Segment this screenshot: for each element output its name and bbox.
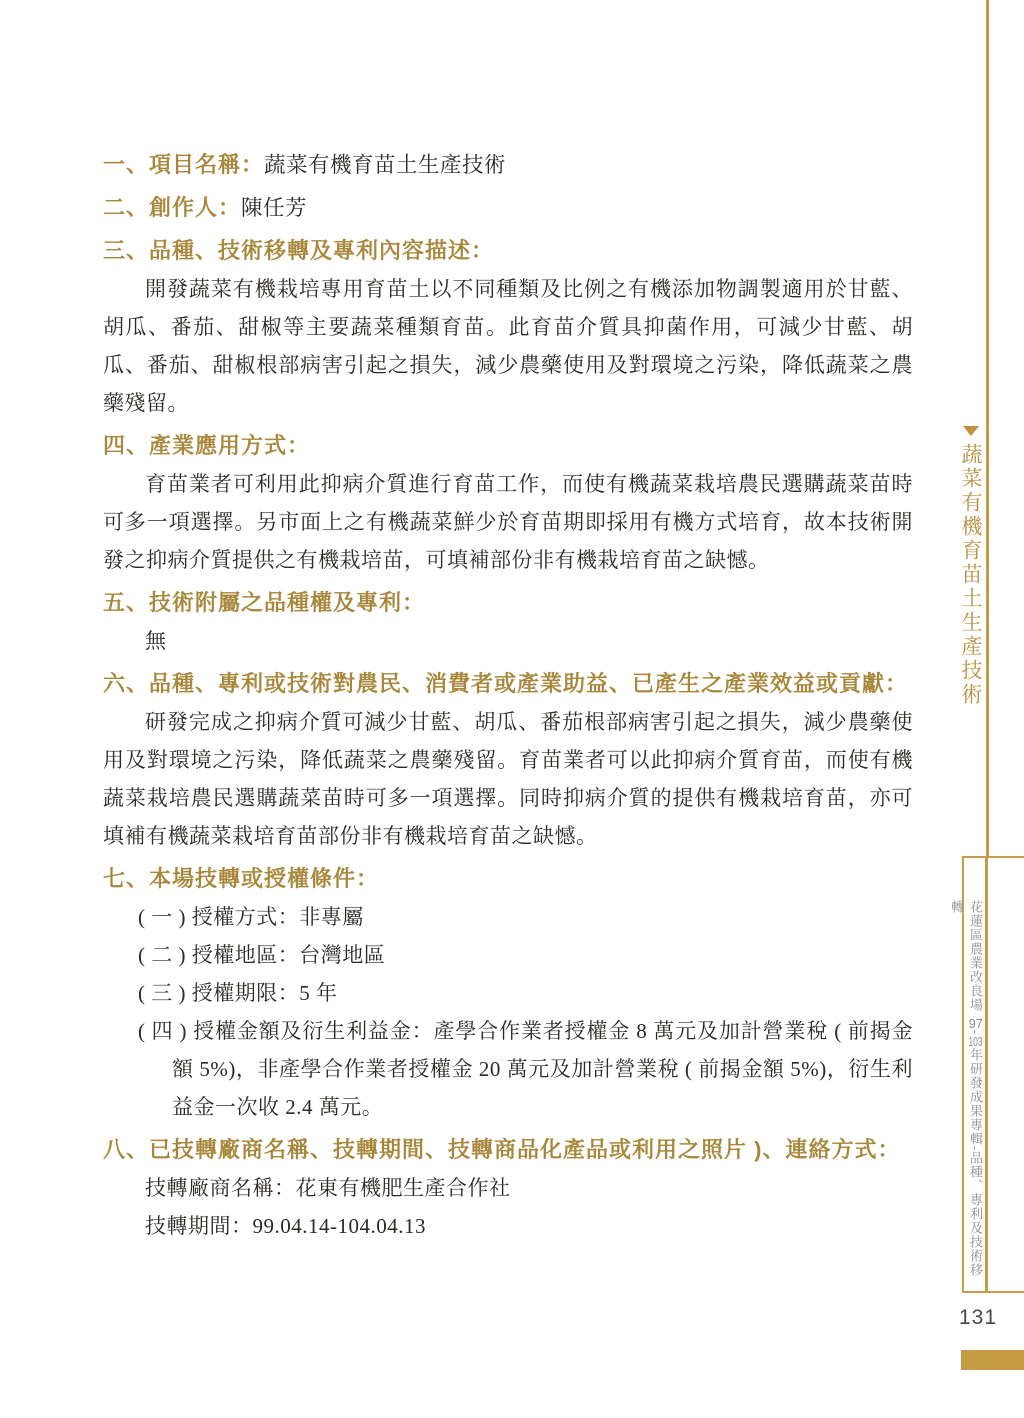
section-2-heading: 二、創作人： (103, 195, 241, 220)
section-8-line: 技轉期間：99.04.14-104.04.13 (103, 1207, 913, 1245)
section-1-row: 一、項目名稱：蔬菜有機育苗土生產技術 (103, 146, 913, 184)
section-3-heading: 三、品種、技術移轉及專利內容描述： (103, 232, 913, 270)
series-info-box: 花蓮區農業改良場 97-103年研發成果專輯-品種、專利及技術移轉 (962, 856, 1024, 1293)
section-7-item: ( 三 ) 授權期限：5 年 (103, 974, 913, 1012)
chapter-title-vertical: 蔬菜有機育苗土生產技術 (959, 443, 986, 713)
section-7-item: ( 四 ) 授權金額及衍生利益金：產學合作業者授權金 8 萬元及加計營業稅 ( … (103, 1012, 913, 1126)
section-5-body: 無 (103, 622, 913, 660)
section-6-body: 研發完成之抑病介質可減少甘藍、胡瓜、番茄根部病害引起之損失，減少農藥使用及對環境… (103, 703, 913, 855)
section-6-heading: 六、品種、專利或技術對農民、消費者或產業助益、已產生之產業效益或貢獻： (103, 665, 913, 703)
section-5-heading: 五、技術附屬之品種權及專利： (103, 584, 913, 622)
section-7-heading: 七、本場技轉或授權條件： (103, 860, 913, 898)
section-8-heading: 八、已技轉廠商名稱、技轉期間、技轉商品化產品或利用之照片 )、連絡方式： (103, 1131, 913, 1169)
section-1-value: 蔬菜有機育苗土生產技術 (264, 153, 506, 177)
document-page: 一、項目名稱：蔬菜有機育苗土生產技術 二、創作人：陳任芳 三、品種、技術移轉及專… (0, 0, 1024, 1418)
section-8-line: 技轉廠商名稱：花東有機肥生產合作社 (103, 1169, 913, 1207)
footer-gold-bar (961, 1350, 1024, 1370)
section-2-value: 陳任芳 (241, 196, 307, 220)
chapter-marker-triangle-icon (963, 426, 979, 436)
series-years-start: 97 (968, 1017, 983, 1030)
main-content: 一、項目名稱：蔬菜有機育苗土生產技術 二、創作人：陳任芳 三、品種、技術移轉及專… (103, 146, 913, 1245)
section-4-heading: 四、產業應用方式： (103, 427, 913, 465)
series-title-vertical: 花蓮區農業改良場 97-103年研發成果專輯-品種、專利及技術移轉 (966, 900, 985, 1285)
section-7-item: ( 二 ) 授權地區：台灣地區 (103, 936, 913, 974)
page-number: 131 (956, 1306, 1000, 1330)
series-inner-rule (985, 858, 988, 1291)
section-2-row: 二、創作人：陳任芳 (103, 189, 913, 227)
right-margin-rule (986, 0, 989, 856)
section-1-heading: 一、項目名稱： (103, 152, 264, 177)
section-7-item: ( 一 ) 授權方式：非專屬 (103, 898, 913, 936)
series-title-part1: 花蓮區農業改良場 (968, 900, 983, 1017)
section-3-body: 開發蔬菜有機栽培專用育苗土以不同種類及比例之有機添加物調製適用於甘藍、胡瓜、番茄… (103, 270, 913, 422)
section-4-body: 育苗業者可利用此抑病介質進行育苗工作，而使有機蔬菜栽培農民選購蔬菜苗時可多一項選… (103, 465, 913, 579)
series-years-end: 103 (968, 1035, 983, 1048)
